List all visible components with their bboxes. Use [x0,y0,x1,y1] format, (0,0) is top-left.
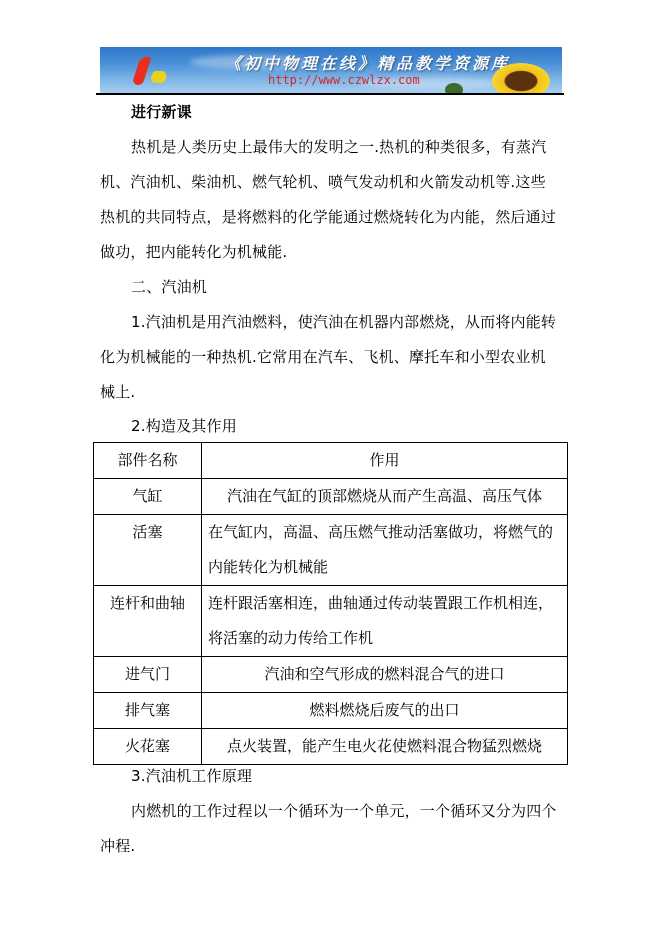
part-function-cell: 连杆跟活塞相连，曲轴通过传动装置跟工作机相连， 将活塞的动力传给工作机 [202,586,568,657]
subsection-heading: 二、汽油机 [131,277,207,297]
paragraph-line: 冲程. [100,836,135,856]
part-name-cell: 气缸 [94,479,202,515]
lv-logo-icon [131,57,151,85]
parts-table: 部件名称 作用 气缸 汽油在气缸的顶部燃烧从而产生高温、高压气体 活塞 在气缸内… [93,442,568,765]
header-divider [96,93,564,95]
banner-url: http://www.czwlzx.com [268,73,420,87]
part-function-cell: 点火装置，能产生电火花使燃料混合物猛烈燃烧 [202,729,568,765]
paragraph-line: 做功，把内能转化为机械能. [100,242,287,262]
header-cell: 部件名称 [94,443,202,479]
section-heading: 进行新课 [131,102,192,122]
paragraph-line: 热机是人类历史上最伟大的发明之一.热机的种类很多，有蒸汽 [131,137,546,157]
part-function-cell: 在气缸内，高温、高压燃气推动活塞做功，将燃气的 内能转化为机械能 [202,515,568,586]
function-line: 将活塞的动力传给工作机 [208,621,561,656]
part-function-cell: 燃料燃烧后废气的出口 [202,693,568,729]
paragraph-line: 械上. [100,382,135,402]
table-row: 进气门 汽油和空气形成的燃料混合气的进口 [94,657,568,693]
point-three-heading: 3.汽油机工作原理 [131,766,252,786]
table-row: 活塞 在气缸内，高温、高压燃气推动活塞做功，将燃气的 内能转化为机械能 [94,515,568,586]
lv-logo-icon-yellow [148,71,170,83]
sunflower-icon [492,63,550,93]
function-line: 连杆跟活塞相连，曲轴通过传动装置跟工作机相连， [208,586,561,621]
table-header-row: 部件名称 作用 [94,443,568,479]
part-function-cell: 汽油和空气形成的燃料混合气的进口 [202,657,568,693]
function-line: 在气缸内，高温、高压燃气推动活塞做功，将燃气的 [208,515,561,550]
header-banner: 《初中物理在线》精品教学资源库 http://www.czwlzx.com [100,47,562,93]
function-line: 内能转化为机械能 [208,550,561,585]
part-function-cell: 汽油在气缸的顶部燃烧从而产生高温、高压气体 [202,479,568,515]
table-row: 火花塞 点火装置，能产生电火花使燃料混合物猛烈燃烧 [94,729,568,765]
point-two-heading: 2.构造及其作用 [131,416,237,436]
table-row: 连杆和曲轴 连杆跟活塞相连，曲轴通过传动装置跟工作机相连， 将活塞的动力传给工作… [94,586,568,657]
paragraph-line: 化为机械能的一种热机.它常用在汽车、飞机、摩托车和小型农业机 [100,347,546,367]
paragraph-line: 1.汽油机是用汽油燃料，使汽油在机器内部燃烧，从而将内能转 [131,312,556,332]
part-name-cell: 活塞 [94,515,202,586]
leaf-icon [445,83,463,93]
paragraph-line: 内燃机的工作过程以一个循环为一个单元，一个循环又分为四个 [131,801,557,821]
table-row: 排气塞 燃料燃烧后废气的出口 [94,693,568,729]
banner-title: 《初中物理在线》精品教学资源库 [225,51,510,74]
paragraph-line: 机、汽油机、柴油机、燃气轮机、喷气发动机和火箭发动机等.这些 [100,172,546,192]
table-row: 气缸 汽油在气缸的顶部燃烧从而产生高温、高压气体 [94,479,568,515]
paragraph-line: 热机的共同特点，是将燃料的化学能通过燃烧转化为内能，然后通过 [100,207,556,227]
part-name-cell: 连杆和曲轴 [94,586,202,657]
part-name-cell: 排气塞 [94,693,202,729]
part-name-cell: 进气门 [94,657,202,693]
header-cell: 作用 [202,443,568,479]
part-name-cell: 火花塞 [94,729,202,765]
